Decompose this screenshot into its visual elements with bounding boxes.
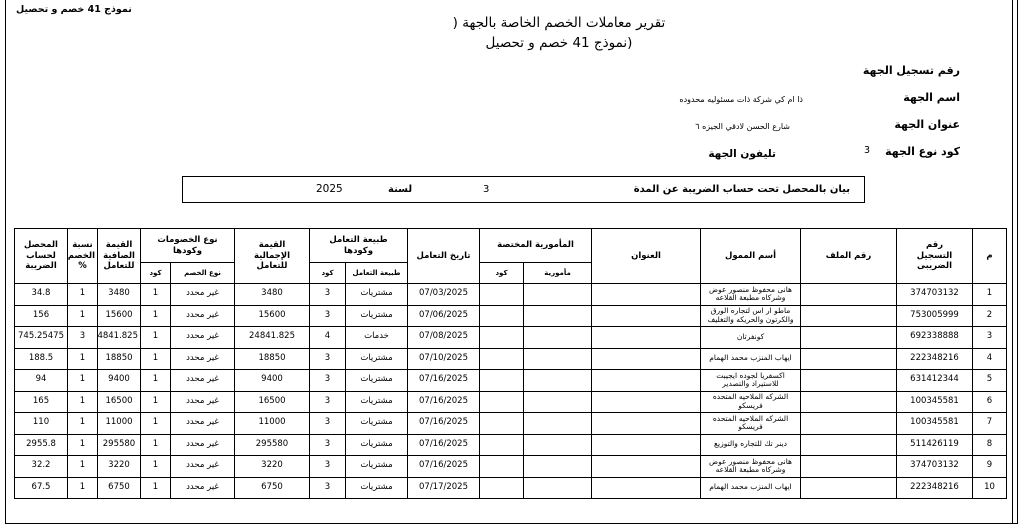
cell-office_code [480,391,524,413]
cell-tax_reg: 631412344 [897,370,973,392]
cell-tax_reg: 222348216 [897,477,973,499]
table-row: 10222348216ايهاب المنزب محمد الهمام07/17… [15,477,1007,499]
cell-nature_code: 3 [310,284,346,306]
cell-deduct_code: 1 [141,434,171,456]
cell-date: 07/16/2025 [408,391,480,413]
table-row: 8511426119دينر تك للتجاره والتوزيع07/16/… [15,434,1007,456]
report-title-line1: تقرير معاملات الخصم الخاصة بالجهة ( [319,13,799,33]
table-row: 5631412344اكسفريا لجوده ايجيبت للاستيراد… [15,370,1007,392]
cell-net: 18850 [98,348,141,370]
cell-office [524,456,592,478]
cell-address [592,434,701,456]
header-tax-registration: رقم التسجيل الضريبى [897,229,973,284]
cell-nature_code: 3 [310,456,346,478]
cell-file_no [801,305,897,327]
table-row: 4222348216ايهاب المنزب محمد الهمام07/10/… [15,348,1007,370]
cell-name: دينر تك للتجاره والتوزيع [701,434,801,456]
cell-deduct_code: 1 [141,477,171,499]
cell-deduct_code: 1 [141,284,171,306]
cell-deduct_code: 1 [141,391,171,413]
cell-date: 07/08/2025 [408,327,480,349]
cell-rate: 1 [68,413,98,435]
cell-name: ماطو ار اس لتجاره الورق والكرتون والحريك… [701,305,801,327]
header-gross-value: القيمة الإجمالية للتعامل [235,229,310,284]
cell-net: 16500 [98,391,141,413]
cell-collected: 165 [15,391,68,413]
period-statement-box: بيان بالمحصل تحت حساب الضريبة عن المدة 3… [182,176,865,203]
header-deduction-group: نوع الخصومات وكودها [141,229,235,263]
report-title-line2: (نموذج 41 خصم و تحصيل [319,33,799,53]
cell-collected: 110 [15,413,68,435]
transactions-table: م رقم التسجيل الضريبى رقم الملف أسم المم… [14,228,1007,499]
cell-address [592,456,701,478]
cell-nature: خدمات [346,327,408,349]
cell-no: 5 [973,370,1007,392]
table-row: 3692338888كونفرتان07/08/2025خدمات424841.… [15,327,1007,349]
cell-nature_code: 3 [310,305,346,327]
cell-gross: 11000 [235,413,310,435]
cell-collected: 2955.8 [15,434,68,456]
page-frame: نموذج 41 خصم و تحصيل تقرير معاملات الخصم… [5,0,1018,524]
cell-collected: 34.8 [15,284,68,306]
cell-gross: 3220 [235,456,310,478]
table-row: 7100345581الشركه الملاحيه المتحده فريسكو… [15,413,1007,435]
header-office-code: كود [480,263,524,284]
cell-deduct_type: غير محدد [171,391,235,413]
entity-address-value: شارع الحسن لادقي الجيزه ٦ [695,122,790,131]
cell-nature_code: 4 [310,327,346,349]
cell-no: 9 [973,456,1007,478]
cell-gross: 15600 [235,305,310,327]
cell-net: 3220 [98,456,141,478]
cell-office_code [480,327,524,349]
cell-deduct_code: 1 [141,370,171,392]
cell-net: 6750 [98,477,141,499]
cell-date: 07/16/2025 [408,413,480,435]
cell-deduct_code: 1 [141,413,171,435]
cell-address [592,413,701,435]
cell-deduct_code: 1 [141,456,171,478]
page-frame-inner-line [1012,0,1013,523]
cell-office_code [480,305,524,327]
report-title: تقرير معاملات الخصم الخاصة بالجهة ( (نمو… [319,13,799,53]
cell-file_no [801,348,897,370]
cell-rate: 1 [68,391,98,413]
table-row: 1374703132هانى محفوظ منصور عوض وشركاه مط… [15,284,1007,306]
cell-net: 295580 [98,434,141,456]
cell-office_code [480,434,524,456]
cell-office_code [480,370,524,392]
header-collected: المحصل لحساب الضريبة [15,229,68,284]
table-row: 6100345581الشركه الملاحيه المتحده فريسكو… [15,391,1007,413]
cell-file_no [801,370,897,392]
cell-file_no [801,434,897,456]
cell-date: 07/06/2025 [408,305,480,327]
cell-no: 7 [973,413,1007,435]
cell-address [592,477,701,499]
cell-office [524,434,592,456]
cell-name: الشركه الملاحيه المتحده فريسكو [701,413,801,435]
cell-office [524,284,592,306]
cell-office [524,391,592,413]
header-office-group: المأمورية المختصة [480,229,592,263]
cell-deduct_code: 1 [141,305,171,327]
cell-name: هانى محفوظ منصور عوض وشركاه مطبعة القلاع… [701,456,801,478]
cell-gross: 16500 [235,391,310,413]
table-header: م رقم التسجيل الضريبى رقم الملف أسم المم… [15,229,1007,284]
cell-net: 11000 [98,413,141,435]
cell-deduct_type: غير محدد [171,305,235,327]
cell-rate: 1 [68,434,98,456]
cell-address [592,284,701,306]
year-label: لسنة [388,177,412,202]
cell-gross: 9400 [235,370,310,392]
cell-tax_reg: 511426119 [897,434,973,456]
cell-address [592,370,701,392]
cell-tax_reg: 692338888 [897,327,973,349]
cell-collected: 32.2 [15,456,68,478]
cell-tax_reg: 100345581 [897,413,973,435]
cell-office_code [480,413,524,435]
cell-rate: 1 [68,305,98,327]
transactions-table-body: 1374703132هانى محفوظ منصور عوض وشركاه مط… [15,284,1007,499]
cell-nature: مشتريات [346,348,408,370]
cell-nature: مشتريات [346,370,408,392]
header-deduction-rate: نسبة الخصم % [68,229,98,284]
cell-date: 07/16/2025 [408,434,480,456]
cell-deduct_code: 1 [141,327,171,349]
cell-nature_code: 3 [310,434,346,456]
cell-nature: مشتريات [346,434,408,456]
cell-name: ايهاب المنزب محمد الهمام [701,477,801,499]
period-statement-label: بيان بالمحصل تحت حساب الضريبة عن المدة [634,177,850,202]
cell-no: 10 [973,477,1007,499]
cell-tax_reg: 374703132 [897,284,973,306]
cell-deduct_code: 1 [141,348,171,370]
cell-no: 8 [973,434,1007,456]
cell-gross: 3480 [235,284,310,306]
header-file-number: رقم الملف [801,229,897,284]
cell-date: 07/16/2025 [408,370,480,392]
header-nature-group: طبيعة التعامل وكودها [310,229,408,263]
cell-nature: مشتريات [346,284,408,306]
cell-deduct_type: غير محدد [171,327,235,349]
cell-office [524,305,592,327]
cell-nature: مشتريات [346,477,408,499]
cell-nature: مشتريات [346,391,408,413]
header-row-number: م [973,229,1007,284]
cell-rate: 1 [68,284,98,306]
cell-rate: 3 [68,327,98,349]
cell-tax_reg: 374703132 [897,456,973,478]
cell-office [524,327,592,349]
cell-no: 3 [973,327,1007,349]
header-nature: طبيعة التعامل [346,263,408,284]
cell-file_no [801,284,897,306]
cell-address [592,327,701,349]
cell-net: 24841.825 [98,327,141,349]
cell-collected: 745.25475 [15,327,68,349]
table-row: 2753005999ماطو ار اس لتجاره الورق والكرت… [15,305,1007,327]
cell-net: 15600 [98,305,141,327]
cell-no: 6 [973,391,1007,413]
cell-no: 2 [973,305,1007,327]
cell-name: كونفرتان [701,327,801,349]
header-net-value: القيمة الصافية للتعامل [98,229,141,284]
entity-name-label: اسم الجهة [903,91,960,104]
header-office: مأمورية [524,263,592,284]
cell-date: 07/03/2025 [408,284,480,306]
cell-name: الشركه الملاحيه المتحده فريسكو [701,391,801,413]
cell-no: 1 [973,284,1007,306]
cell-deduct_type: غير محدد [171,370,235,392]
cell-nature_code: 3 [310,348,346,370]
cell-tax_reg: 100345581 [897,391,973,413]
year-value: 2025 [316,177,343,202]
cell-office_code [480,456,524,478]
header-deduction-code: كود [141,263,171,284]
header-address: العنوان [592,229,701,284]
cell-collected: 188.5 [15,348,68,370]
cell-date: 07/17/2025 [408,477,480,499]
cell-deduct_type: غير محدد [171,348,235,370]
cell-office [524,370,592,392]
cell-gross: 24841.825 [235,327,310,349]
cell-file_no [801,456,897,478]
entity-name-value: ذا ام كي شركة ذات مسئوليه محدوده [679,95,803,104]
cell-rate: 1 [68,477,98,499]
entity-type-code-value: 3 [864,145,870,156]
header-nature-code: كود [310,263,346,284]
entity-registration-label: رقم تسجيل الجهة [863,64,960,77]
cell-office [524,477,592,499]
cell-tax_reg: 222348216 [897,348,973,370]
cell-net: 9400 [98,370,141,392]
header-transaction-date: تاريخ التعامل [408,229,480,284]
cell-no: 4 [973,348,1007,370]
cell-file_no [801,327,897,349]
cell-collected: 94 [15,370,68,392]
cell-deduct_type: غير محدد [171,284,235,306]
cell-nature: مشتريات [346,456,408,478]
cell-gross: 295580 [235,434,310,456]
cell-nature_code: 3 [310,370,346,392]
cell-nature: مشتريات [346,413,408,435]
cell-rate: 1 [68,456,98,478]
cell-file_no [801,391,897,413]
entity-address-label: عنوان الجهة [894,118,960,131]
cell-collected: 156 [15,305,68,327]
cell-date: 07/16/2025 [408,456,480,478]
cell-deduct_type: غير محدد [171,434,235,456]
period-value: 3 [483,177,489,202]
cell-file_no [801,477,897,499]
cell-net: 3480 [98,284,141,306]
form-number-label: نموذج 41 خصم و تحصيل [16,4,132,15]
cell-address [592,391,701,413]
cell-address [592,348,701,370]
cell-nature: مشتريات [346,305,408,327]
cell-deduct_type: غير محدد [171,477,235,499]
header-taxpayer-name: أسم الممول [701,229,801,284]
cell-office_code [480,477,524,499]
cell-office [524,348,592,370]
cell-gross: 6750 [235,477,310,499]
cell-name: اكسفريا لجوده ايجيبت للاستيراد والتصدير [701,370,801,392]
cell-office_code [480,284,524,306]
cell-nature_code: 3 [310,477,346,499]
cell-rate: 1 [68,348,98,370]
cell-office [524,413,592,435]
cell-name: ايهاب المنزب محمد الهمام [701,348,801,370]
entity-phone-label: تليفون الجهة [708,148,776,160]
header-deduction-type: نوع الخصم [171,263,235,284]
cell-gross: 18850 [235,348,310,370]
cell-deduct_type: غير محدد [171,456,235,478]
cell-nature_code: 3 [310,413,346,435]
cell-date: 07/10/2025 [408,348,480,370]
cell-tax_reg: 753005999 [897,305,973,327]
cell-rate: 1 [68,370,98,392]
cell-office_code [480,348,524,370]
cell-nature_code: 3 [310,391,346,413]
cell-address [592,305,701,327]
cell-deduct_type: غير محدد [171,413,235,435]
cell-name: هانى محفوظ منصور عوض وشركاه مطبعة القلاع… [701,284,801,306]
entity-type-code-label: كود نوع الجهة [885,145,960,158]
cell-collected: 67.5 [15,477,68,499]
cell-file_no [801,413,897,435]
table-row: 9374703132هانى محفوظ منصور عوض وشركاه مط… [15,456,1007,478]
